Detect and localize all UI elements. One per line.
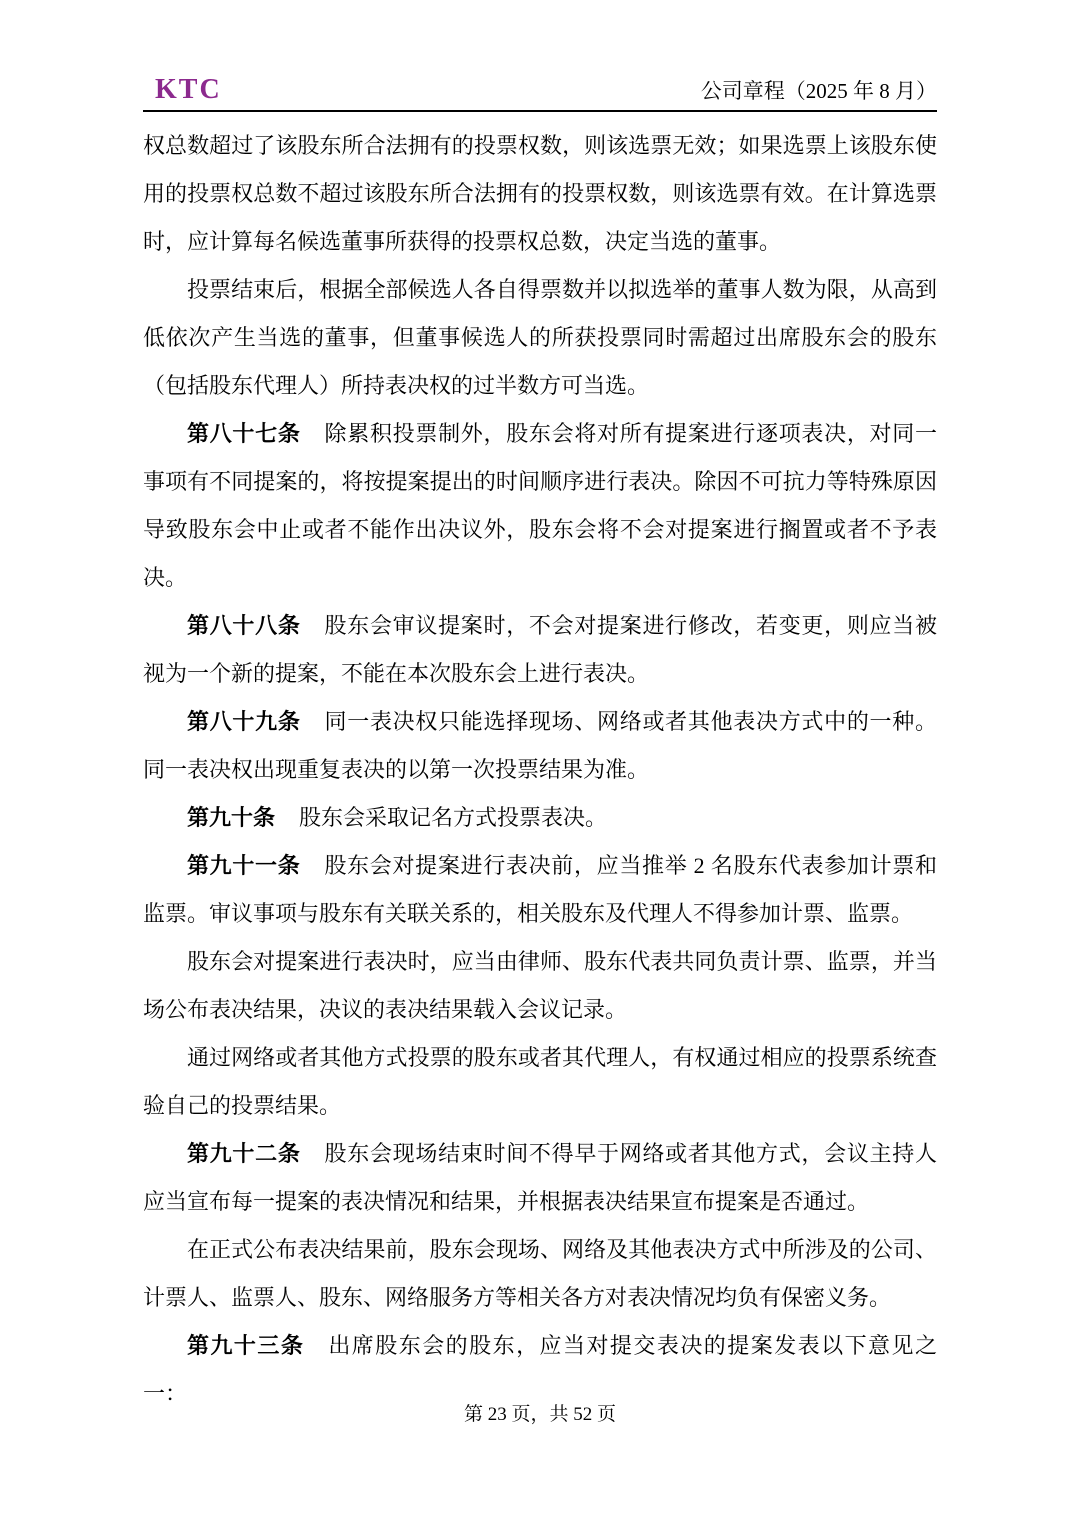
- paragraph-article-92-sub1: 在正式公布表决结果前，股东会现场、网络及其他表决方式中所涉及的公司、计票人、监票…: [143, 1226, 937, 1322]
- paragraph-article-91: 第九十一条股东会对提案进行表决前，应当推举 2 名股东代表参加计票和监票。审议事…: [143, 842, 937, 938]
- page-number: 第 23 页，共 52 页: [0, 1400, 1080, 1430]
- article-number: 第八十九条: [187, 709, 301, 734]
- paragraph-article-91-sub2: 通过网络或者其他方式投票的股东或者其代理人，有权通过相应的投票系统查验自己的投票…: [143, 1034, 937, 1130]
- article-number: 第九十三条: [187, 1333, 304, 1358]
- paragraph-text: 股东会采取记名方式投票表决。: [299, 805, 607, 830]
- article-number: 第九十条: [187, 805, 275, 830]
- paragraph-article-90: 第九十条股东会采取记名方式投票表决。: [143, 794, 937, 842]
- paragraph-article-92: 第九十二条股东会现场结束时间不得早于网络或者其他方式，会议主持人应当宣布每一提案…: [143, 1130, 937, 1226]
- paragraph-text: 投票结束后，根据全部候选人各自得票数并以拟选举的董事人数为限，从高到低依次产生当…: [143, 277, 937, 398]
- paragraph-article-91-sub1: 股东会对提案进行表决时，应当由律师、股东代表共同负责计票、监票，并当场公布表决结…: [143, 938, 937, 1034]
- document-page: KTC 公司章程（2025 年 8 月） 权总数超过了该股东所合法拥有的投票权数…: [0, 0, 1080, 1527]
- document-title: 公司章程（2025 年 8 月）: [701, 81, 937, 106]
- paragraph-text: 除累积投票制外，股东会将对所有提案进行逐项表决，对同一事项有不同提案的，将按提案…: [143, 421, 937, 590]
- paragraph-voting-results: 投票结束后，根据全部候选人各自得票数并以拟选举的董事人数为限，从高到低依次产生当…: [143, 266, 937, 410]
- article-number: 第九十一条: [187, 853, 300, 878]
- document-body: 权总数超过了该股东所合法拥有的投票权数，则该选票无效；如果选票上该股东使用的投票…: [143, 112, 937, 1418]
- article-number: 第八十八条: [187, 613, 301, 638]
- article-number: 第九十二条: [187, 1141, 301, 1166]
- ktc-logo: KTC: [143, 76, 222, 106]
- paragraph-text: 股东会对提案进行表决时，应当由律师、股东代表共同负责计票、监票，并当场公布表决结…: [143, 949, 937, 1022]
- paragraph-continuation: 权总数超过了该股东所合法拥有的投票权数，则该选票无效；如果选票上该股东使用的投票…: [143, 122, 937, 266]
- paragraph-text: 通过网络或者其他方式投票的股东或者其代理人，有权通过相应的投票系统查验自己的投票…: [143, 1045, 937, 1118]
- article-number: 第八十七条: [187, 421, 301, 446]
- paragraph-text: 权总数超过了该股东所合法拥有的投票权数，则该选票无效；如果选票上该股东使用的投票…: [143, 133, 937, 254]
- paragraph-article-88: 第八十八条股东会审议提案时，不会对提案进行修改，若变更，则应当被视为一个新的提案…: [143, 602, 937, 698]
- paragraph-text: 在正式公布表决结果前，股东会现场、网络及其他表决方式中所涉及的公司、计票人、监票…: [143, 1237, 937, 1310]
- paragraph-article-87: 第八十七条除累积投票制外，股东会将对所有提案进行逐项表决，对同一事项有不同提案的…: [143, 410, 937, 602]
- page-header: KTC 公司章程（2025 年 8 月）: [143, 0, 937, 112]
- paragraph-article-89: 第八十九条同一表决权只能选择现场、网络或者其他表决方式中的一种。同一表决权出现重…: [143, 698, 937, 794]
- content-spacer: [143, 112, 937, 122]
